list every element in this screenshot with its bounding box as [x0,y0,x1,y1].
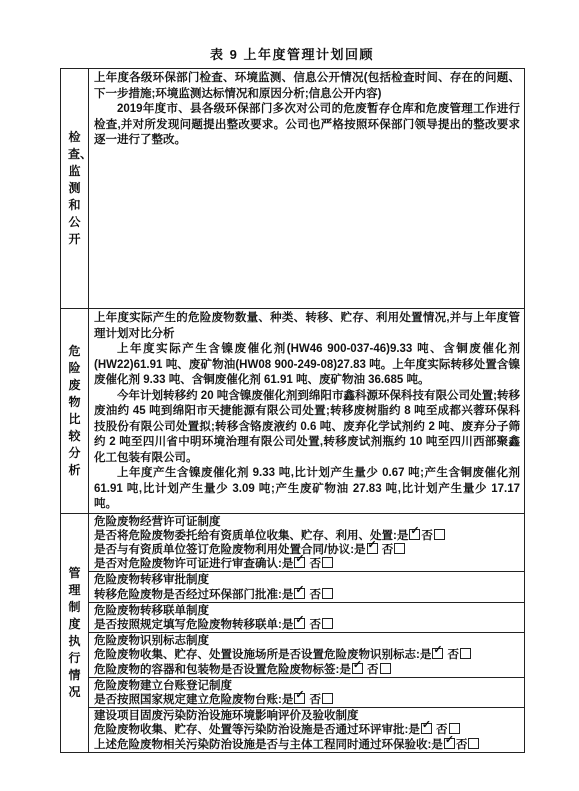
system-title: 危险废物建立台账登记制度 [94,679,520,693]
checked-checkbox-icon: ✓ [421,723,432,734]
question-line: 是否对危险废物许可证进行审查确认:是✓ 否 [94,557,520,571]
checked-checkbox-icon: ✓ [352,663,363,674]
management-plan-review-table: 检查、监测和公开 上年度各级环保部门检查、环境监测、信息公开情况(包括检查时间、… [60,68,525,753]
row-label-management-cell: 管理制度执行情况 [61,513,89,753]
question-line: 危险废物收集、贮存、处置设施场所是否设置危险废物识别标志:是✓ 否 [94,648,520,662]
empty-checkbox-icon [468,738,479,749]
comparison-paragraph: 今年计划转移约 20 吨含镍废催化剂到绵阳市鑫科源环保科技有限公司处置;转移废油… [94,389,520,467]
empty-checkbox-icon [394,543,405,554]
document-page: 表 9 上年度管理计划回顾 检查、监测和公开 上年度各级环保部门检查、环境监测、… [0,0,579,791]
system-transfer-approval-cell: 危险废物转移审批制度 转移危险废物是否经过环保部门批准:是✓ 否 [89,572,525,602]
row-label-inspection-cell: 检查、监测和公开 [61,69,89,309]
system-identification-mark-cell: 危险废物识别标志制度 危险废物收集、贮存、处置设施场所是否设置危险废物识别标志:… [89,633,525,678]
table-row: 危险废物比较分析 上年度实际产生的危险废物数量、种类、转移、贮存、利用处置情况,… [61,309,525,514]
question-line: 是否与有资质单位签订危险废物利用处置合同/协议:是✓ 否 [94,543,520,557]
checked-checkbox-icon: ✓ [444,738,455,749]
question-line: 危险废物收集、贮存、处置等污染防治设施是否通过环评审批:是✓ 否 [94,723,520,737]
empty-checkbox-icon [322,588,333,599]
table-row: 危险废物转移联单制度 是否按照规定填写危险废物转移联单:是✓ 否 [61,602,525,632]
row-label-inspection: 检查、监测和公开 [68,129,81,248]
inspection-content-cell: 上年度各级环保部门检查、环境监测、信息公开情况(包括检查时间、存在的问题、下一步… [89,69,525,309]
table-row: 检查、监测和公开 上年度各级环保部门检查、环境监测、信息公开情况(包括检查时间、… [61,69,525,309]
question-line: 转移危险废物是否经过环保部门批准:是✓ 否 [94,588,520,602]
row-label-management: 管理制度执行情况 [68,565,81,701]
comparison-content-cell: 上年度实际产生的危险废物数量、种类、转移、贮存、利用处置情况,并与上年度管理计划… [89,309,525,514]
table-row: 危险废物建立台账登记制度 是否按照国家规定建立危险废物台账:是✓ 否 [61,677,525,707]
system-title: 危险废物识别标志制度 [94,634,520,648]
table-row: 管理制度执行情况 危险废物经营许可证制度 是否将危险废物委托给有资质单位收集、贮… [61,513,525,572]
table-title: 表 9 上年度管理计划回顾 [60,47,524,63]
empty-checkbox-icon [322,557,333,568]
system-title: 建设项目固废污染防治设施环境影响评价及验收制度 [94,709,520,723]
empty-checkbox-icon [322,618,333,629]
checked-checkbox-icon: ✓ [409,529,420,540]
system-ledger-cell: 危险废物建立台账登记制度 是否按照国家规定建立危险废物台账:是✓ 否 [89,677,525,707]
table-row: 建设项目固废污染防治设施环境影响评价及验收制度 危险废物收集、贮存、处置等污染防… [61,708,525,753]
checked-checkbox-icon: ✓ [294,557,305,568]
system-title: 危险废物经营许可证制度 [94,515,520,529]
system-manifest-cell: 危险废物转移联单制度 是否按照规定填写危险废物转移联单:是✓ 否 [89,602,525,632]
question-line: 上述危险废物相关污染防治设施是否与主体工程同时通过环保验收:是✓否 [94,738,520,752]
empty-checkbox-icon [460,648,471,659]
system-permit-cell: 危险废物经营许可证制度 是否将危险废物委托给有资质单位收集、贮存、利用、处置:是… [89,513,525,572]
empty-checkbox-icon [322,693,333,704]
row-label-comparison: 危险废物比较分析 [68,343,81,479]
empty-checkbox-icon [434,529,445,540]
question-line: 是否按照国家规定建立危险废物台账:是✓ 否 [94,693,520,707]
inspection-paragraph: 2019年度市、县各级环保部门多次对公司的危废暂存仓库和危废管理工作进行检查,并… [94,102,520,149]
system-title: 危险废物转移联单制度 [94,604,520,618]
table-row: 危险废物识别标志制度 危险废物收集、贮存、处置设施场所是否设置危险废物识别标志:… [61,633,525,678]
question-line: 是否将危险废物委托给有资质单位收集、贮存、利用、处置:是✓否 [94,529,520,543]
system-title: 危险废物转移审批制度 [94,573,520,587]
row-label-comparison-cell: 危险废物比较分析 [61,309,89,514]
checked-checkbox-icon: ✓ [432,648,443,659]
checked-checkbox-icon: ✓ [367,543,378,554]
document-body: 表 9 上年度管理计划回顾 检查、监测和公开 上年度各级环保部门检查、环境监测、… [60,47,524,753]
empty-checkbox-icon [449,723,460,734]
inspection-header: 上年度各级环保部门检查、环境监测、信息公开情况(包括检查时间、存在的问题、下一步… [94,71,520,102]
table-row: 危险废物转移审批制度 转移危险废物是否经过环保部门批准:是✓ 否 [61,572,525,602]
comparison-paragraph: 上年度实际产生含镍废催化剂(HW46 900-037-46)9.33 吨、含铜废… [94,342,520,389]
comparison-header: 上年度实际产生的危险废物数量、种类、转移、贮存、利用处置情况,并与上年度管理计划… [94,311,520,342]
checked-checkbox-icon: ✓ [294,618,305,629]
question-line: 危险废物的容器和包装物是否设置危险废物标签:是✓ 否 [94,663,520,677]
system-eia-acceptance-cell: 建设项目固废污染防治设施环境影响评价及验收制度 危险废物收集、贮存、处置等污染防… [89,708,525,753]
checked-checkbox-icon: ✓ [294,588,305,599]
question-line: 是否按照规定填写危险废物转移联单:是✓ 否 [94,618,520,632]
comparison-paragraph: 上年度产生含镍废催化剂 9.33 吨,比计划产生量少 0.67 吨;产生含铜废催… [94,466,520,513]
empty-checkbox-icon [380,663,391,674]
checked-checkbox-icon: ✓ [294,693,305,704]
